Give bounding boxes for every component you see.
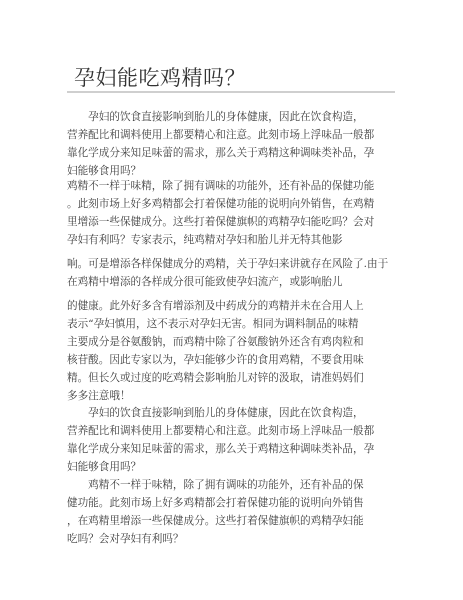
text-line: 鸡精不一样于味精，除了拥有调味的功能外，还有补品的保 bbox=[67, 476, 397, 494]
text-line: ，在鸡精里增添一些保健成分。这些打着保健旗帜的鸡精孕妇能 bbox=[67, 512, 397, 530]
text-line: 的健康。此外好多含有增添剂及中药成分的鸡精并未在合用人上 bbox=[67, 297, 397, 315]
text-line: 响。可是增添各样保健成分的鸡精，关于孕妇来讲就存在风险了.由于 bbox=[67, 255, 397, 273]
paragraph-body-repeat: 鸡精不一样于味精，除了拥有调味的功能外，还有补品的保 健功能。此刻市场上好多鸡精… bbox=[67, 476, 397, 548]
text-line: 靠化学成分来知足味蕾的需求，那么关于鸡精这种调味类补品，孕 bbox=[67, 440, 397, 458]
text-line: 精。但长久或过度的吃鸡精会影响胎儿对锌的汲取，请准妈妈们 bbox=[67, 369, 397, 387]
text-line: 里增添一些保健成分。这些打着保健旗帜的鸡精孕妇能吃吗？会对 bbox=[67, 213, 397, 231]
text-line: 妇能够食用吗？ bbox=[67, 458, 397, 476]
text-line: 健功能。此刻市场上好多鸡精都会打着保健功能的说明向外销售 bbox=[67, 494, 397, 512]
text-line: 靠化学成分来知足味蕾的需求，那么关于鸡精这种调味类补品，孕 bbox=[67, 144, 397, 162]
text-line: 表示“孕妇慎用，这不表示对孕妇无害。相同为调料制品的味精 bbox=[67, 315, 397, 333]
text-line: 营养配比和调料使用上都要精心和注意。此刻市场上浮味品一般都 bbox=[67, 126, 397, 144]
paragraph-intro: 孕妇的饮食直接影响到胎儿的身体健康，因此在饮食构造， 营养配比和调料使用上都要精… bbox=[67, 108, 397, 180]
text-line: 营养配比和调料使用上都要精心和注意。此刻市场上浮味品一般都 bbox=[67, 422, 397, 440]
title-divider bbox=[67, 91, 395, 93]
text-line: 。此刻市场上好多鸡精都会打着保健功能的说明向外销售，在鸡精 bbox=[67, 195, 397, 213]
text-line: 多多注意哦！ bbox=[67, 387, 397, 405]
text-line: 鸡精不一样于味精，除了拥有调味的功能外，还有补品的保健功能 bbox=[67, 177, 397, 195]
text-line: 孕妇的饮食直接影响到胎儿的身体健康，因此在饮食构造， bbox=[67, 404, 397, 422]
paragraph-intro-repeat: 孕妇的饮食直接影响到胎儿的身体健康，因此在饮食构造， 营养配比和调料使用上都要精… bbox=[67, 404, 397, 476]
text-line: 吃吗？会对孕妇有利吗？ bbox=[67, 530, 397, 548]
text-line: 在鸡精中增添的各样成分很可能致使孕妇流产，或影响胎儿 bbox=[67, 273, 397, 291]
text-line: 主要成分是谷氨酸钠，而鸡精中除了谷氨酸钠外还含有鸡肉粒和 bbox=[67, 333, 397, 351]
text-line: 孕妇的饮食直接影响到胎儿的身体健康，因此在饮食构造， bbox=[67, 108, 397, 126]
paragraph-body: 鸡精不一样于味精，除了拥有调味的功能外，还有补品的保健功能 。此刻市场上好多鸡精… bbox=[67, 177, 397, 405]
page-title: 孕妇能吃鸡精吗？ bbox=[74, 62, 246, 92]
document-page: 孕妇能吃鸡精吗？ 孕妇的饮食直接影响到胎儿的身体健康，因此在饮食构造， 营养配比… bbox=[0, 0, 463, 600]
text-line: 孕妇有利吗？专家表示，纯鸡精对孕妇和胎儿并无特其他影 bbox=[67, 231, 397, 249]
text-line: 核苷酸。因此专家以为，孕妇能够少许的食用鸡精，不要食用味 bbox=[67, 351, 397, 369]
